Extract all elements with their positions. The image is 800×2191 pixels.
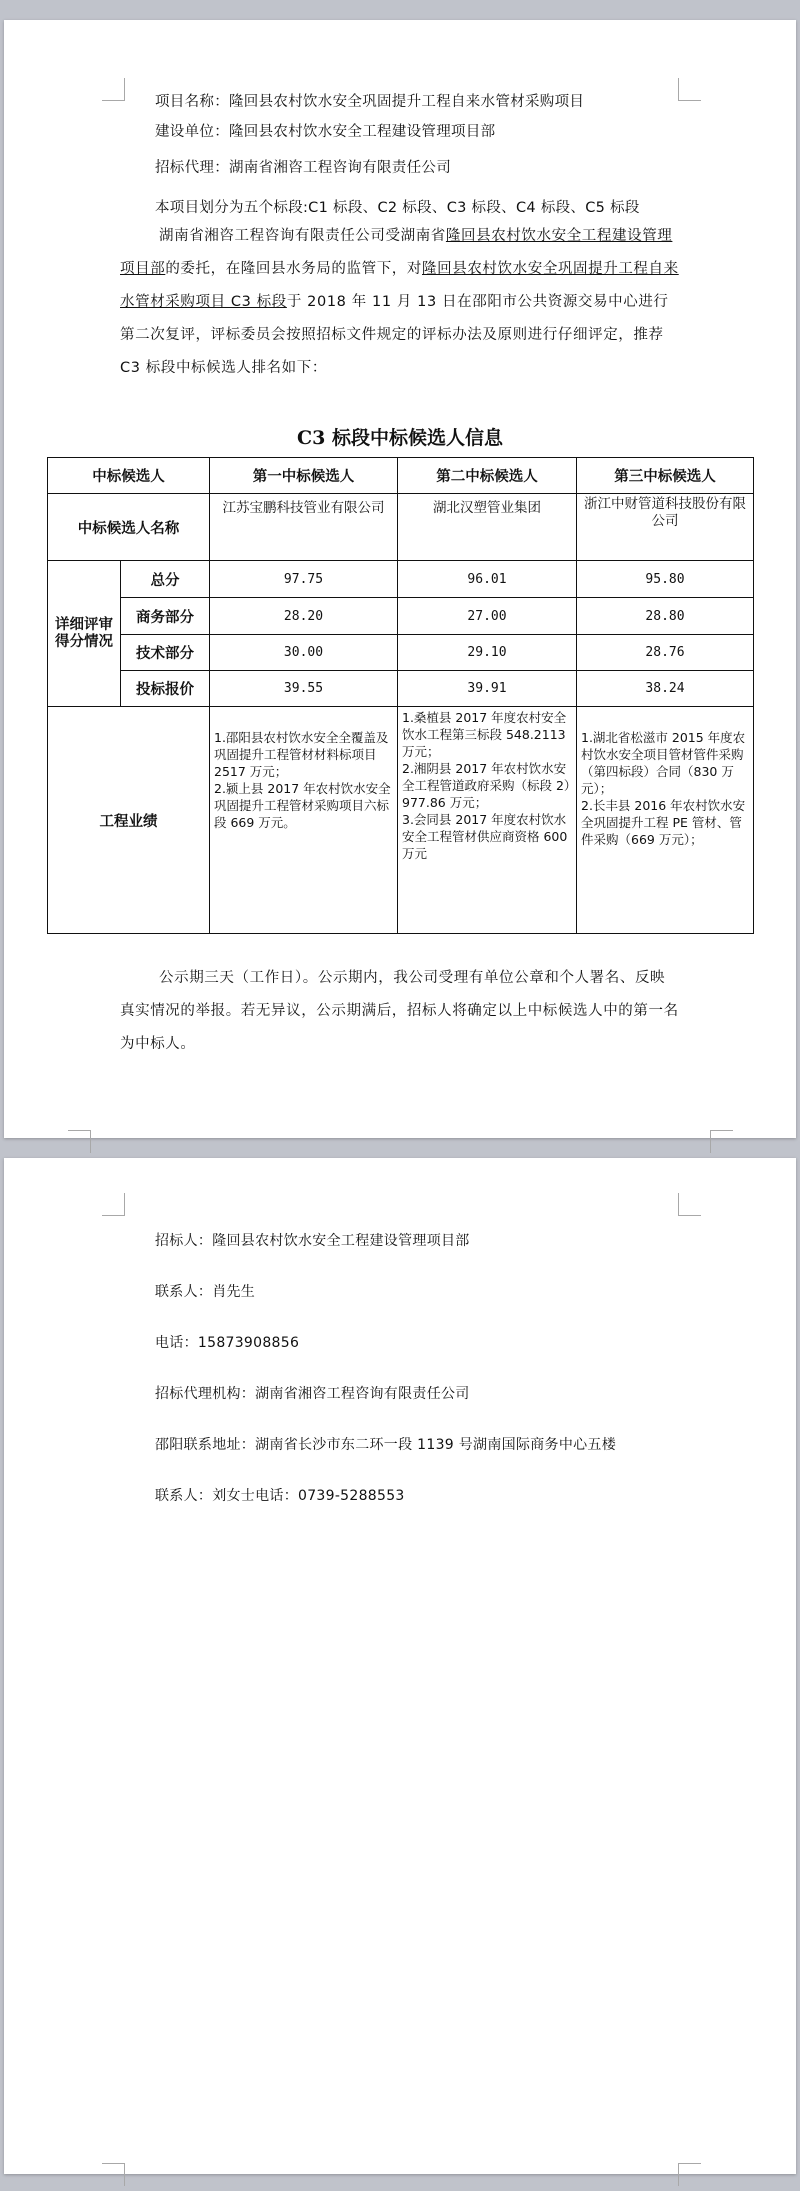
score-cell: 27.00 [398, 598, 577, 635]
builder-line: 建设单位：隆回县农村饮水安全工程建设管理项目部 [155, 120, 495, 141]
table-row-technical-score: 技术部分 30.00 29.10 28.76 [48, 635, 754, 671]
intro-paragraph: 湖南省湘咨工程咨询有限责任公司受湖南省隆回县农村饮水安全工程建设管理项目部的委托… [120, 220, 680, 385]
project-name-label: 项目名称： [155, 94, 229, 110]
agency-line: 招标代理机构：湖南省湘咨工程咨询有限责任公司 [155, 1383, 470, 1403]
notice-text: 公示期三天（工作日）。公示期内，我公司受理有单位公章和个人署名、反映真实情况的举… [120, 970, 679, 1052]
table-title: C3 标段中标候选人信息 [4, 423, 796, 450]
margin-corner-mark [102, 1193, 125, 1216]
builder-label: 建设单位： [155, 124, 229, 140]
builder-value: 隆回县农村饮水安全工程建设管理项目部 [229, 124, 495, 140]
table-header-row: 中标候选人 第一中标候选人 第二中标候选人 第三中标候选人 [48, 458, 754, 494]
tenderer-contact-line: 联系人：肖先生 [155, 1281, 255, 1301]
score-cell: 30.00 [210, 635, 398, 671]
notice-paragraph: 公示期三天（工作日）。公示期内，我公司受理有单位公章和个人署名、反映真实情况的举… [120, 962, 680, 1061]
table-row-candidate-names: 中标候选人名称 江苏宝鹏科技管业有限公司 湖北汉塑管业集团 浙江中财管道科技股份… [48, 494, 754, 561]
row-label: 商务部分 [121, 598, 210, 635]
header-cell: 第三中标候选人 [577, 458, 754, 494]
table-row-performance: 工程业绩 1.邵阳县农村饮水安全全覆盖及巩固提升工程管材材料标项目 2517 万… [48, 707, 754, 934]
tenderer-phone-line: 电话：15873908856 [155, 1332, 299, 1352]
project-name-line: 项目名称：隆回县农村饮水安全巩固提升工程自来水管材采购项目 [155, 90, 584, 111]
agent-label: 招标代理： [155, 160, 229, 176]
header-cell: 第二中标候选人 [398, 458, 577, 494]
score-cell: 28.76 [577, 635, 754, 671]
document-page-1: 项目名称：隆回县农村饮水安全巩固提升工程自来水管材采购项目 建设单位：隆回县农村… [4, 20, 796, 1138]
performance-cell: 1.桑植县 2017 年度农村安全饮水工程第三标段 548.2113 万元； 2… [398, 707, 577, 934]
document-page-2: 招标人：隆回县农村饮水安全工程建设管理项目部 联系人：肖先生 电话：158739… [4, 1158, 796, 2174]
margin-corner-mark [68, 1130, 91, 1153]
margin-corner-mark [710, 1130, 733, 1153]
candidate-name-2: 湖北汉塑管业集团 [398, 494, 577, 561]
row-label: 技术部分 [121, 635, 210, 671]
margin-corner-mark [678, 2163, 701, 2186]
agent-line: 招标代理：湖南省湘咨工程咨询有限责任公司 [155, 156, 451, 177]
project-name-value: 隆回县农村饮水安全巩固提升工程自来水管材采购项目 [229, 94, 584, 110]
score-cell: 38.24 [577, 671, 754, 707]
candidate-name-3: 浙江中财管道科技股份有限公司 [577, 494, 754, 561]
score-cell: 39.91 [398, 671, 577, 707]
margin-corner-mark [678, 1193, 701, 1216]
header-cell: 中标候选人 [48, 458, 210, 494]
tenderer-line: 招标人：隆回县农村饮水安全工程建设管理项目部 [155, 1230, 470, 1250]
score-cell: 29.10 [398, 635, 577, 671]
agent-value: 湖南省湘咨工程咨询有限责任公司 [229, 160, 451, 176]
row-label: 中标候选人名称 [48, 494, 210, 561]
table-row-total-score: 详细评审得分情况 总分 97.75 96.01 95.80 [48, 561, 754, 598]
header-cell: 第一中标候选人 [210, 458, 398, 494]
candidate-name-1: 江苏宝鹏科技管业有限公司 [210, 494, 398, 561]
row-label: 投标报价 [121, 671, 210, 707]
performance-cell: 1.湖北省松滋市 2015 年度农村饮水安全项目管材管件采购（第四标段）合同（8… [577, 707, 754, 934]
score-group-label: 详细评审得分情况 [48, 561, 121, 707]
sections-line: 本项目划分为五个标段:C1 标段、C2 标段、C3 标段、C4 标段、C5 标段 [155, 196, 640, 217]
row-label: 工程业绩 [48, 707, 210, 934]
score-cell: 96.01 [398, 561, 577, 598]
score-cell: 28.20 [210, 598, 398, 635]
score-cell: 39.55 [210, 671, 398, 707]
intro-text: 湖南省湘咨工程咨询有限责任公司受湖南省 [159, 228, 446, 244]
score-cell: 97.75 [210, 561, 398, 598]
margin-corner-mark [102, 78, 125, 101]
agency-contact-line: 联系人：刘女士电话：0739-5288553 [155, 1485, 405, 1505]
table-row-business-score: 商务部分 28.20 27.00 28.80 [48, 598, 754, 635]
performance-cell: 1.邵阳县农村饮水安全全覆盖及巩固提升工程管材材料标项目 2517 万元； 2.… [210, 707, 398, 934]
row-label: 总分 [121, 561, 210, 598]
margin-corner-mark [678, 78, 701, 101]
margin-corner-mark [102, 2163, 125, 2186]
intro-text: 的委托，在隆回县水务局的监管下，对 [165, 261, 422, 277]
score-cell: 95.80 [577, 561, 754, 598]
agency-address-line: 邵阳联系地址：湖南省长沙市东二环一段 1139 号湖南国际商务中心五楼 [155, 1434, 616, 1454]
candidates-table: 中标候选人 第一中标候选人 第二中标候选人 第三中标候选人 中标候选人名称 江苏… [47, 457, 754, 934]
table-row-bid-price-score: 投标报价 39.55 39.91 38.24 [48, 671, 754, 707]
score-cell: 28.80 [577, 598, 754, 635]
